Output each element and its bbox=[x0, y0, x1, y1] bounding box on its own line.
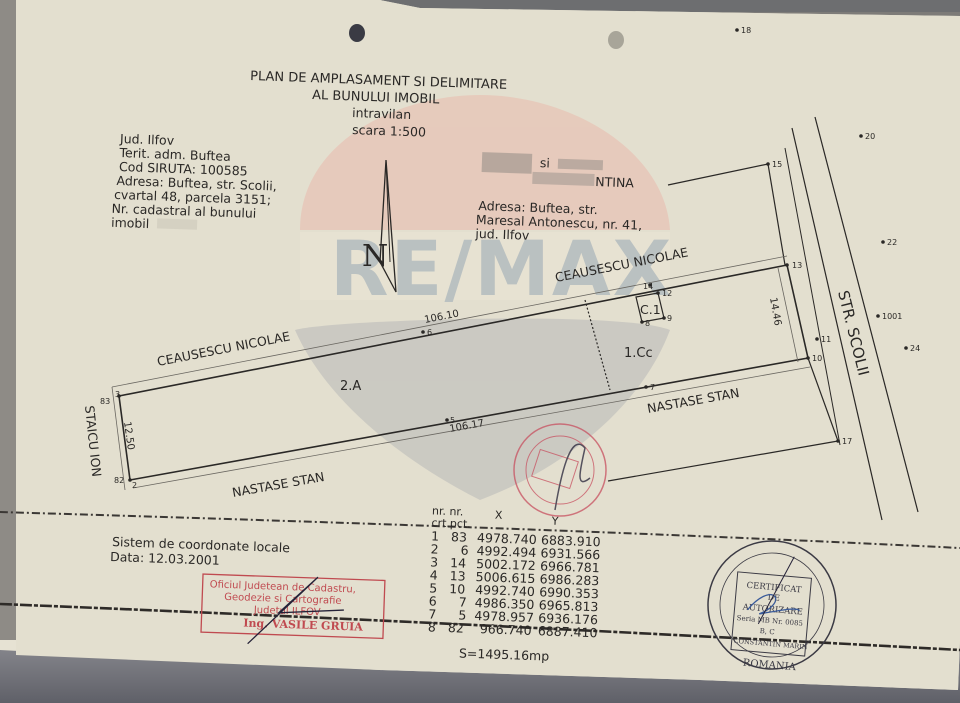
svg-text:966.740: 966.740 bbox=[480, 621, 532, 638]
parcel-label-1cc: 1.Cc bbox=[624, 346, 653, 361]
svg-text:6887.410: 6887.410 bbox=[538, 623, 598, 640]
svg-text:NTINA: NTINA bbox=[595, 174, 635, 190]
cadastral-plan-document: RE/MAX PLAN DE AMPLASAMENT SI DELIMITARE… bbox=[0, 0, 960, 703]
svg-text:22: 22 bbox=[887, 238, 897, 247]
svg-text:B, C: B, C bbox=[759, 627, 775, 636]
svg-text:X: X bbox=[495, 509, 503, 522]
svg-text:8: 8 bbox=[645, 319, 650, 328]
svg-text:N: N bbox=[362, 239, 388, 274]
svg-text:17: 17 bbox=[842, 437, 852, 446]
svg-text:Y: Y bbox=[550, 515, 558, 528]
svg-text:10: 10 bbox=[812, 354, 822, 363]
svg-text:12: 12 bbox=[662, 289, 672, 298]
svg-text:8: 8 bbox=[428, 619, 437, 634]
svg-text:18: 18 bbox=[741, 26, 751, 35]
svg-text:2: 2 bbox=[132, 481, 137, 490]
document-subtitle: intravilan bbox=[352, 105, 412, 122]
svg-text:82: 82 bbox=[114, 476, 124, 485]
parcel-label-2a: 2.A bbox=[340, 379, 361, 394]
total-area: S=1495.16mp bbox=[459, 645, 550, 663]
svg-text:imobil: imobil bbox=[111, 215, 150, 231]
svg-text:82: 82 bbox=[448, 620, 464, 636]
svg-text:3: 3 bbox=[115, 390, 120, 399]
svg-text:11: 11 bbox=[821, 335, 831, 344]
svg-text:6: 6 bbox=[427, 328, 432, 337]
document-scale: scara 1:500 bbox=[352, 122, 426, 140]
svg-text:si: si bbox=[540, 155, 551, 170]
svg-text:24: 24 bbox=[910, 344, 920, 353]
svg-text:jud. Ilfov: jud. Ilfov bbox=[474, 226, 530, 243]
svg-text:1001: 1001 bbox=[882, 312, 902, 321]
svg-text:14: 14 bbox=[643, 282, 653, 291]
svg-text:20: 20 bbox=[865, 132, 875, 141]
svg-text:83: 83 bbox=[100, 397, 110, 406]
svg-text:9: 9 bbox=[667, 314, 672, 323]
svg-text:15: 15 bbox=[772, 160, 782, 169]
punch-hole-icon bbox=[608, 31, 624, 49]
punch-hole-icon bbox=[349, 24, 365, 42]
building-label-c1: C.1 bbox=[640, 302, 661, 317]
svg-text:7: 7 bbox=[650, 383, 655, 392]
svg-text:13: 13 bbox=[792, 261, 802, 270]
